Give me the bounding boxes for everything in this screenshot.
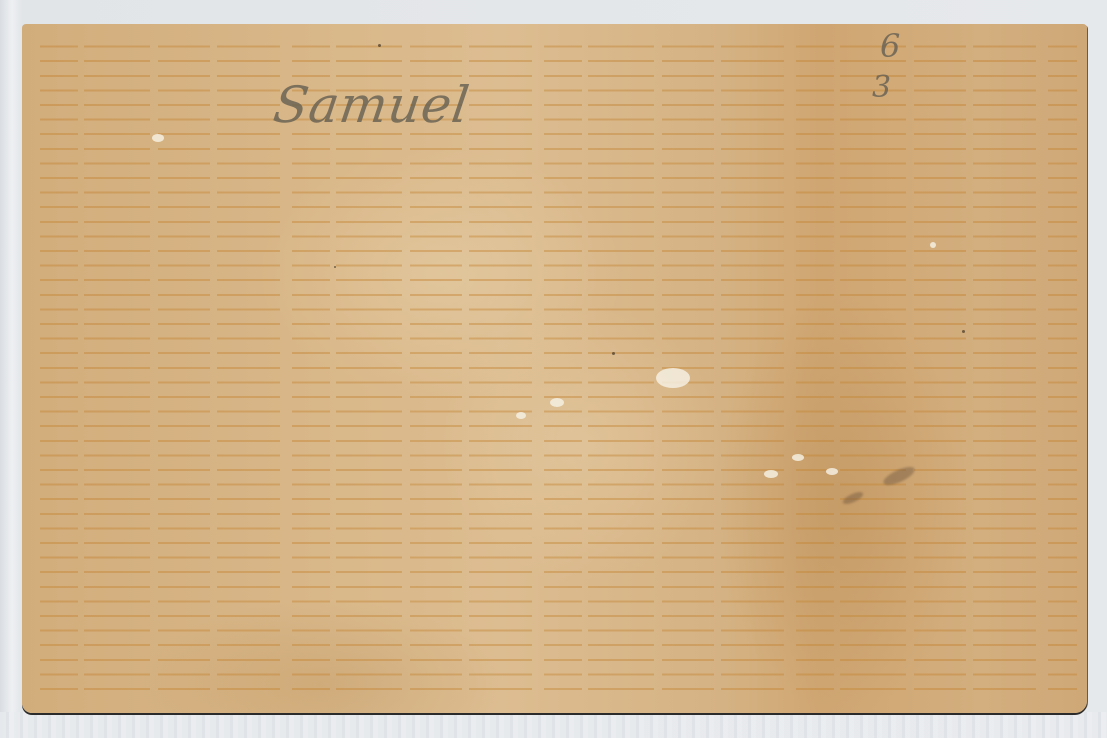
- photo-card-back: Samuel 6 3: [22, 24, 1087, 713]
- dirt-speck: [612, 352, 615, 355]
- printed-dashed-lines: [40, 34, 1077, 701]
- handwritten-number-top: 6: [880, 27, 901, 65]
- handwritten-name: Samuel: [270, 76, 473, 134]
- paper-spot: [792, 454, 804, 461]
- paper-spot: [930, 242, 936, 248]
- paper-spot: [152, 134, 164, 142]
- dirt-speck: [334, 266, 336, 268]
- paper-spot: [826, 468, 838, 475]
- paper-spot: [656, 368, 690, 388]
- paper-spot: [550, 398, 564, 407]
- paper-spot: [516, 412, 526, 419]
- handwritten-number-bottom: 3: [872, 70, 892, 105]
- dirt-speck: [962, 330, 965, 333]
- dirt-speck: [378, 44, 381, 47]
- paper-spot: [764, 470, 778, 478]
- scanner-background-texture: [0, 712, 1107, 738]
